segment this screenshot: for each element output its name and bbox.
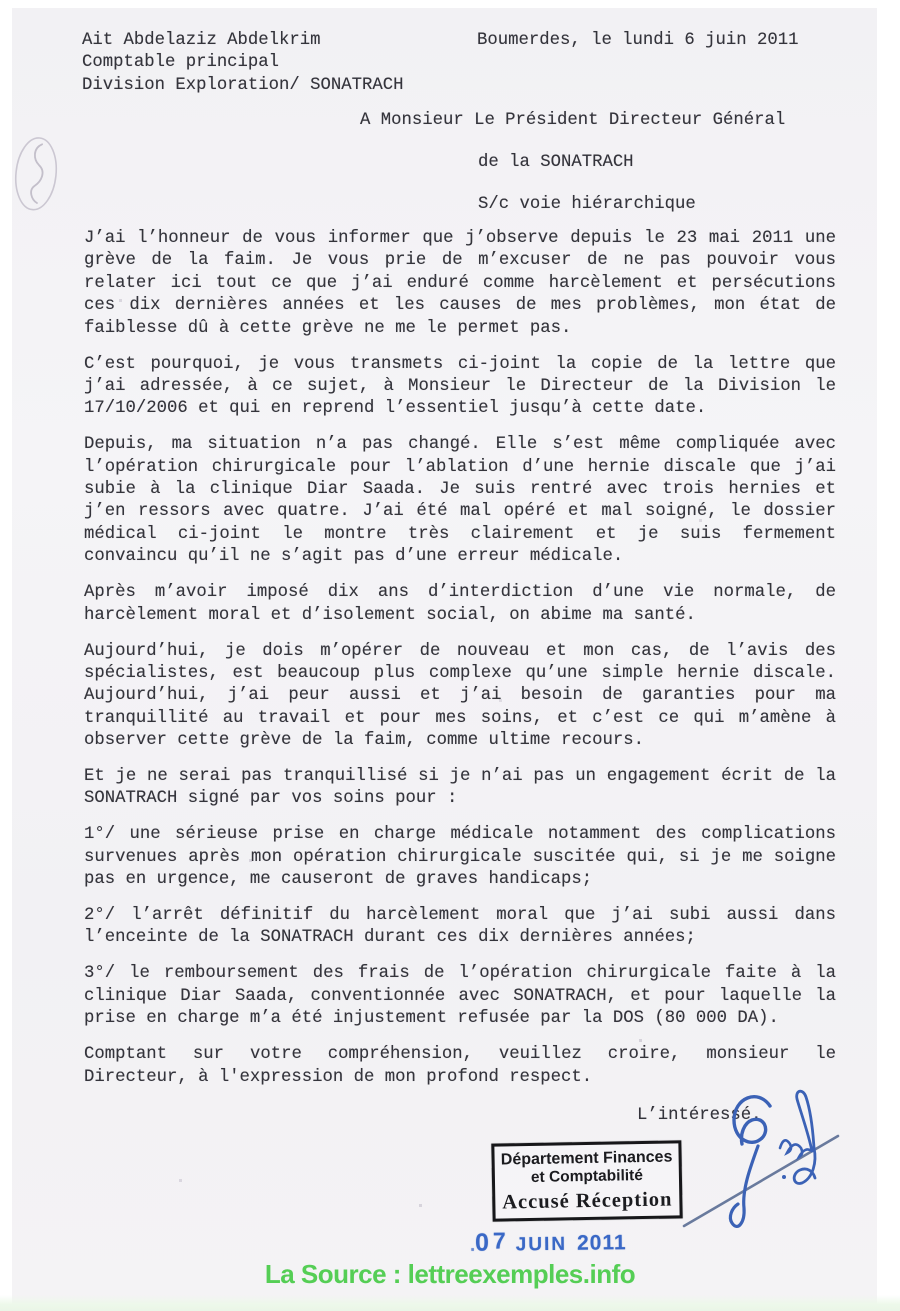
date-line: Boumerdes, le lundi 6 juin 2011	[477, 30, 798, 52]
signature-scribble	[650, 1082, 860, 1252]
sender-name: Ait Abdelaziz Abdelkrim	[82, 30, 403, 52]
date-stamp: .07JUIN2011	[470, 1227, 627, 1258]
letter-body: J’ai l’honneur de vous informer que j’ob…	[84, 228, 836, 1102]
sender-title: Comptable principal	[82, 52, 403, 74]
sender-division: Division Exploration/ SONATRACH	[82, 75, 403, 97]
margin-pencil-mark	[6, 126, 70, 222]
paragraph: Et je ne serai pas tranquillisé si je n’…	[84, 766, 836, 811]
date-stamp-day-digit-2: 7	[493, 1227, 506, 1253]
source-footer: La Source : lettreexemples.info	[0, 1259, 900, 1290]
date-stamp-dot: .	[470, 1235, 475, 1255]
date-stamp-day-digit-1: 0	[475, 1229, 489, 1257]
paragraph: Aujourd’hui, je dois m’opérer de nouveau…	[84, 641, 836, 753]
numbered-demand-1: 1°/ une sérieuse prise en charge médical…	[84, 824, 836, 891]
numbered-demand-2: 2°/ l’arrêt définitif du harcèlement mor…	[84, 905, 836, 950]
paragraph: C’est pourquoi, je vous transmets ci-joi…	[84, 354, 836, 421]
paragraph: Depuis, ma situation n’a pas changé. Ell…	[84, 434, 836, 568]
recipient-line-1: A Monsieur Le Président Directeur Généra…	[360, 111, 785, 130]
scanned-letter-page: Ait Abdelaziz Abdelkrim Comptable princi…	[0, 0, 900, 1311]
paragraph: J’ai l’honneur de vous informer que j’ob…	[84, 228, 836, 340]
sender-block: Ait Abdelaziz Abdelkrim Comptable princi…	[82, 30, 403, 97]
date-stamp-year: 2011	[577, 1231, 627, 1255]
date-stamp-month: JUIN	[516, 1234, 568, 1256]
recipient-line-2: de la SONATRACH	[478, 153, 634, 172]
recipient-line-3: S/c voie hiérarchique	[478, 195, 696, 214]
paragraph: Après m’avoir imposé dix ans d’interdict…	[84, 582, 836, 627]
scan-specks	[0, 0, 1, 1]
numbered-demand-3: 3°/ le remboursement des frais de l’opér…	[84, 963, 836, 1030]
bottom-scan-band	[0, 1295, 900, 1311]
